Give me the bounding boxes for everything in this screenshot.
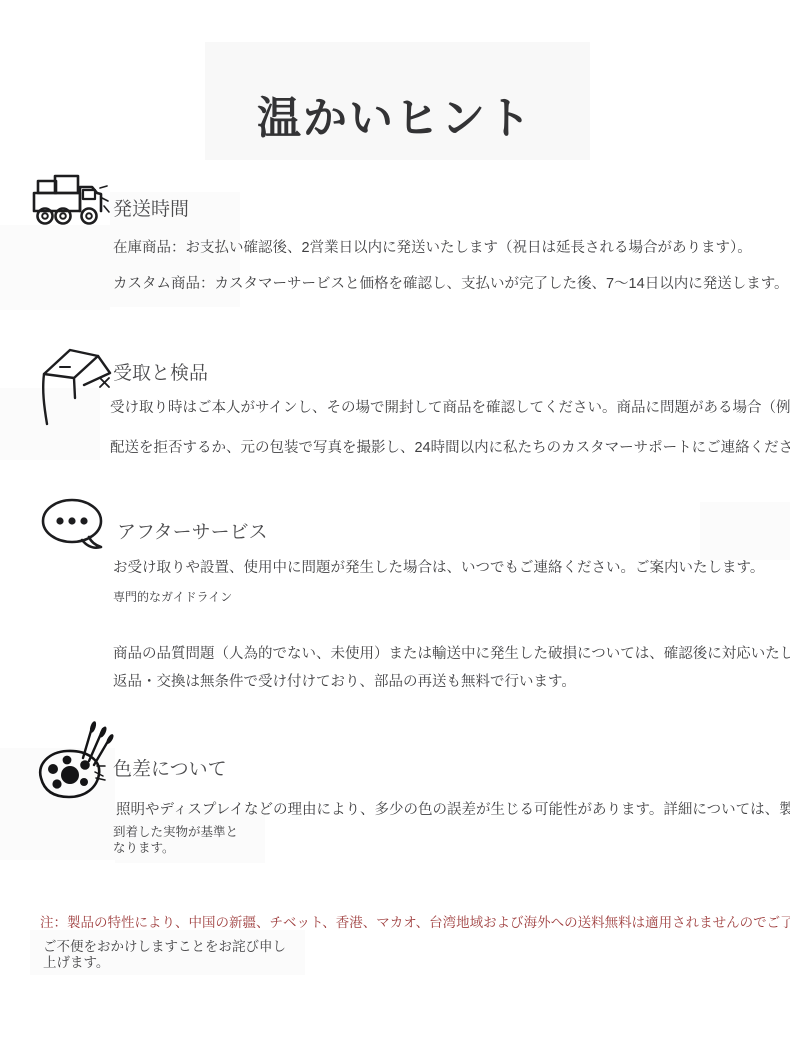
apology-line-1: ご不便をおかけしますことをお詫び申し — [43, 938, 286, 955]
palette-icon — [33, 720, 119, 802]
shipping-line-1: 在庫商品：お支払い確認後、2営業日以内に発送いたします（祝日は延長される場合があ… — [113, 236, 752, 257]
color-line-3: なります。 — [113, 838, 175, 856]
after-service-subnote: 専門的なガイドライン — [113, 588, 232, 605]
section-heading-after-service: アフターサービス — [117, 517, 268, 544]
apology-line-2: 上げます。 — [43, 954, 109, 971]
warm-hints-page: 温かいヒント 発送時間 在庫商品：お支払い確認後、2営業日以内に発送いたします（… — [0, 0, 790, 1045]
after-service-line-2: 商品の品質問題（人為的でない、未使用）または輸送中に発生した破損については、確認… — [113, 642, 790, 663]
background-patch — [0, 225, 110, 310]
color-line-1: 照明やディスプレイなどの理由により、多少の色の誤差が生じる可能性があります。詳細… — [116, 798, 790, 819]
after-service-line-1: お受け取りや設置、使用中に問題が発生した場合は、いつでもご連絡ください。ご案内い… — [113, 556, 764, 577]
box-icon — [34, 340, 112, 426]
section-heading-color-difference: 色差について — [113, 754, 227, 781]
chat-bubble-icon — [38, 496, 110, 554]
section-heading-receipt: 受取と検品 — [113, 358, 208, 385]
section-heading-shipping: 発送時間 — [113, 194, 189, 221]
page-title: 温かいヒント — [0, 82, 790, 146]
background-patch — [700, 502, 790, 560]
truck-icon — [30, 174, 112, 230]
shipping-restriction-note: 注：製品の特性により、中国の新疆、チベット、香港、マカオ、台湾地域および海外への… — [40, 911, 790, 931]
shipping-line-2: カスタム商品：カスタマーサービスと価格を確認し、支払いが完了した後、7〜14日以… — [113, 272, 789, 293]
receipt-line-2: 配送を拒否するか、元の包装で写真を撮影し、24時間以内に私たちのカスタマーサポー… — [110, 436, 790, 457]
receipt-line-1: 受け取り時はご本人がサインし、その場で開封して商品を確認してください。商品に問題… — [110, 396, 790, 417]
after-service-line-3: 返品・交換は無条件で受け付けており、部品の再送も無料で行います。 — [113, 670, 576, 691]
